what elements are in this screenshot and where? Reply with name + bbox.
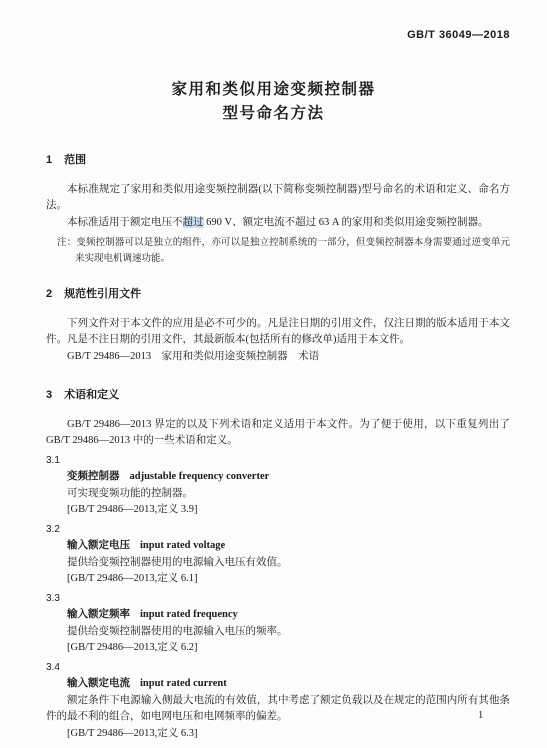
- section-3-number: 3: [46, 389, 52, 401]
- term-definition: 提供给变频控制器使用的电源输入电压的频率。: [46, 624, 510, 641]
- clause-number: 3.1: [46, 453, 510, 470]
- term-definition: 额定条件下电源输入侧最大电流的有效值，其中考虑了额定负载以及在规定的范围内所有其…: [46, 693, 510, 726]
- term-source: [GB/T 29486—2013,定义 6.1]: [46, 571, 510, 588]
- term-zh: 输入额定电压: [67, 540, 130, 551]
- term-line: 输入额定电压input rated voltage: [46, 538, 510, 555]
- document-page: GB/T 36049—2018 家用和类似用途变频控制器 型号命名方法 1范围 …: [0, 0, 547, 748]
- term-block-3-4: 3.4 输入额定电流input rated current 额定条件下电源输入侧…: [46, 660, 510, 743]
- section-1-number: 1: [46, 154, 52, 166]
- title-line-1: 家用和类似用途变频控制器: [0, 78, 547, 102]
- scope-note: 注：变频控制器可以是独立的组件，亦可以是独立控制系统的一部分，但变频控制器本身需…: [46, 236, 510, 267]
- note-text: 变频控制器可以是独立的组件，亦可以是独立控制系统的一部分，但变频控制器本身需要通…: [75, 238, 510, 264]
- note-label: 注：: [57, 238, 76, 248]
- scope-paragraph-2-pre: 本标准适用于额定电压不: [67, 217, 183, 228]
- section-2-heading: 2规范性引用文件: [46, 286, 510, 303]
- section-3-title: 术语和定义: [64, 389, 119, 401]
- term-definition: 可实现变频功能的控制器。: [46, 486, 510, 503]
- section-1-title: 范围: [64, 154, 86, 166]
- title-line-2: 型号命名方法: [0, 102, 547, 126]
- term-block-3-3: 3.3 输入额定频率input rated frequency 提供给变频控制器…: [46, 591, 510, 657]
- term-line: 输入额定电流input rated current: [46, 676, 510, 693]
- normative-reference-entry: GB/T 29486—2013 家用和类似用途变频控制器 术语: [46, 349, 510, 366]
- term-zh: 变频控制器: [67, 471, 120, 482]
- terms-intro-paragraph: GB/T 29486—2013 界定的以及下列术语和定义适用于本文件。为了便于使…: [46, 417, 510, 450]
- term-en: input rated current: [140, 678, 227, 689]
- section-2-title: 规范性引用文件: [64, 288, 141, 300]
- section-2-number: 2: [46, 288, 52, 300]
- term-source: [GB/T 29486—2013,定义 6.2]: [46, 640, 510, 657]
- normative-references-paragraph: 下列文件对于本文件的应用是必不可少的。凡是注日期的引用文件，仅注日期的版本适用于…: [46, 316, 510, 349]
- clause-number: 3.2: [46, 522, 510, 539]
- term-block-3-1: 3.1 变频控制器adjustable frequency converter …: [46, 453, 510, 519]
- standard-code: GB/T 36049—2018: [407, 29, 510, 41]
- section-3-heading: 3术语和定义: [46, 387, 510, 404]
- term-zh: 输入额定频率: [67, 609, 130, 620]
- term-source: [GB/T 29486—2013,定义 3.9]: [46, 502, 510, 519]
- term-line: 变频控制器adjustable frequency converter: [46, 469, 510, 486]
- clause-number: 3.3: [46, 591, 510, 608]
- document-body: 1范围 本标准规定了家用和类似用途变频控制器(以下简称变频控制器)型号命名的术语…: [46, 152, 510, 742]
- term-en: adjustable frequency converter: [130, 471, 270, 482]
- term-line: 输入额定频率input rated frequency: [46, 607, 510, 624]
- clause-number: 3.4: [46, 660, 510, 677]
- term-en: input rated voltage: [140, 540, 225, 551]
- term-en: input rated frequency: [140, 609, 238, 620]
- term-block-3-2: 3.2 输入额定电压input rated voltage 提供给变频控制器使用…: [46, 522, 510, 588]
- term-definition: 提供给变频控制器使用的电源输入电压有效值。: [46, 555, 510, 572]
- term-zh: 输入额定电流: [67, 678, 130, 689]
- section-1-heading: 1范围: [46, 152, 510, 169]
- scan-highlight: 超过: [183, 217, 204, 228]
- document-title: 家用和类似用途变频控制器 型号命名方法: [0, 0, 547, 126]
- scope-paragraph-2: 本标准适用于额定电压不超过 690 V、额定电流不超过 63 A 的家用和类似用…: [46, 215, 510, 232]
- scope-paragraph-2-post: 690 V、额定电流不超过 63 A 的家用和类似用途变频控制器。: [204, 217, 489, 228]
- page-number: 1: [478, 710, 483, 721]
- scope-paragraph-1: 本标准规定了家用和类似用途变频控制器(以下简称变频控制器)型号命名的术语和定义、…: [46, 182, 510, 215]
- term-source: [GB/T 29486—2013,定义 6.3]: [46, 726, 510, 743]
